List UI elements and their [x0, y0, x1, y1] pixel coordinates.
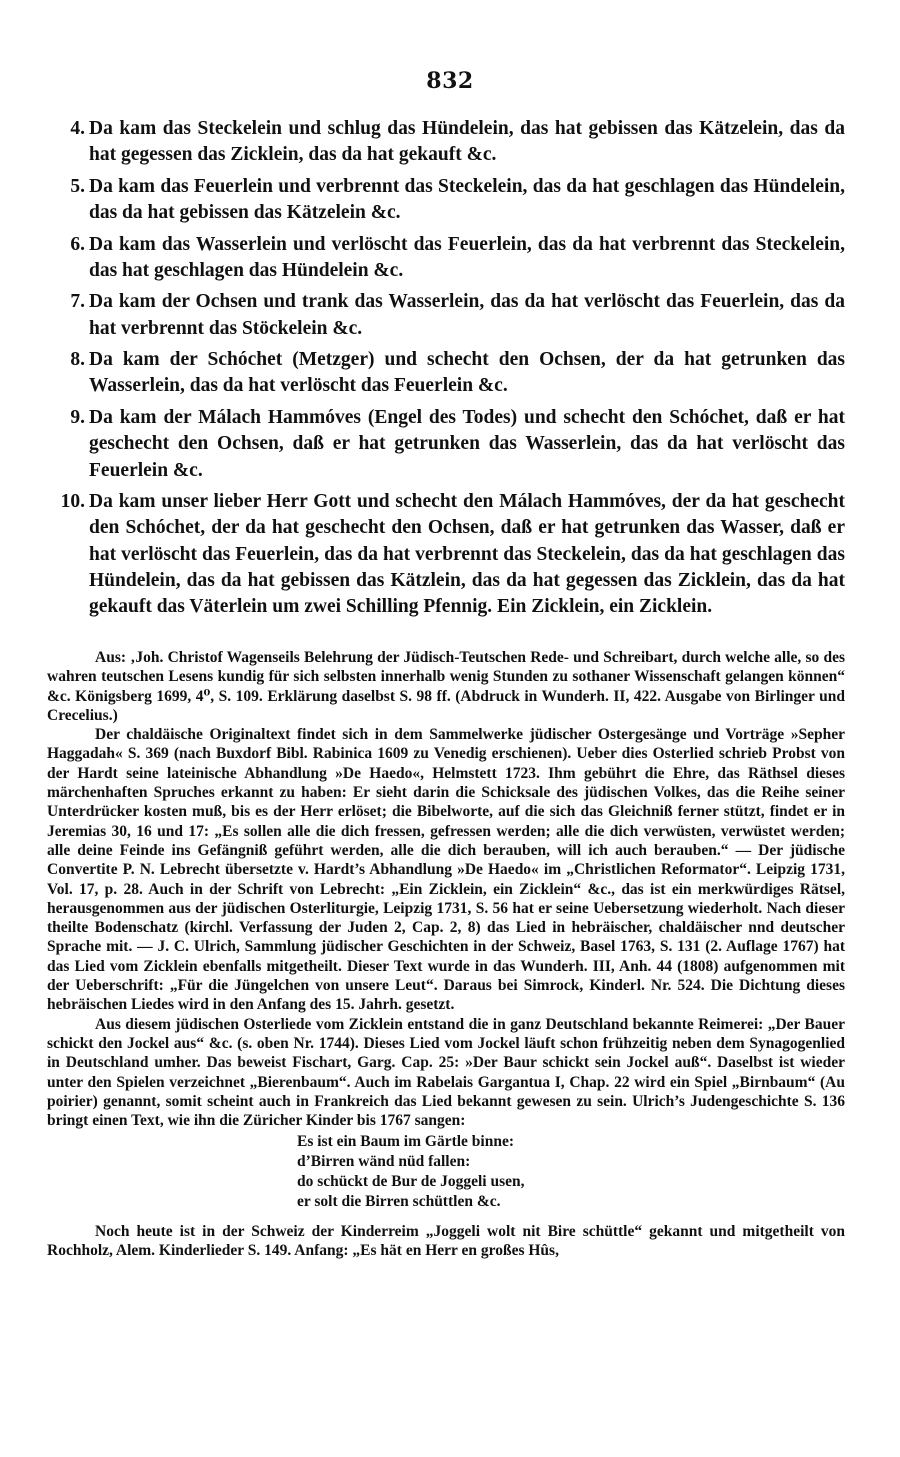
song-verses: 4. Da kam das Steckelein und schlug das …	[55, 116, 845, 626]
song-verse-8: 8. Da kam der Schóchet (Metzger) und sch…	[55, 347, 845, 400]
verse-text: Da kam das Feuerlein und verbrennt das S…	[89, 174, 845, 227]
verse-text: Da kam der Málach Hammóves (Engel des To…	[89, 405, 845, 484]
verse-line: Es ist ein Baum im Gärtle binne:	[297, 1132, 845, 1152]
commentary-notes: Aus: ‚Joh. Christof Wagenseils Belehrung…	[47, 648, 845, 1260]
verse-number: 8.	[55, 347, 89, 400]
verse-text: Da kam das Steckelein und schlug das Hün…	[89, 116, 845, 169]
quoted-verse: Es ist ein Baum im Gärtle binne: d’Birre…	[297, 1132, 845, 1211]
verse-line: d’Birren wänd nüd fallen:	[297, 1152, 845, 1172]
song-verse-9: 9. Da kam der Málach Hammóves (Engel des…	[55, 405, 845, 484]
verse-number: 10.	[49, 489, 89, 620]
verse-line: do schückt de Bur de Joggeli usen,	[297, 1172, 845, 1192]
song-verse-4: 4. Da kam das Steckelein und schlug das …	[55, 116, 845, 169]
verse-number: 5.	[55, 174, 89, 227]
verse-number: 4.	[55, 116, 89, 169]
song-verse-5: 5. Da kam das Feuerlein und verbrennt da…	[55, 174, 845, 227]
origin-paragraph: Der chaldäische Originaltext findet sich…	[47, 725, 845, 1014]
verse-number: 9.	[55, 405, 89, 484]
source-paragraph: Aus: ‚Joh. Christof Wagenseils Belehrung…	[47, 648, 845, 725]
verse-line: er solt die Birren schüttlen &c.	[297, 1192, 845, 1212]
verse-text: Da kam unser lieber Herr Gott und schech…	[89, 489, 845, 620]
verse-number: 7.	[55, 289, 89, 342]
song-verse-6: 6. Da kam das Wasserlein und verlöscht d…	[55, 232, 845, 285]
verse-number: 6.	[55, 232, 89, 285]
derivation-paragraph: Aus diesem jüdischen Osterliede vom Zick…	[47, 1015, 845, 1131]
verse-text: Da kam das Wasserlein und verlöscht das …	[89, 232, 845, 285]
page-number: 832	[0, 68, 900, 94]
song-verse-10: 10. Da kam unser lieber Herr Gott und sc…	[55, 489, 845, 620]
verse-text: Da kam der Ochsen und trank das Wasserle…	[89, 289, 845, 342]
final-paragraph: Noch heute ist in der Schweiz der Kinder…	[47, 1222, 845, 1261]
verse-text: Da kam der Schóchet (Metzger) und schech…	[89, 347, 845, 400]
song-verse-7: 7. Da kam der Ochsen und trank das Wasse…	[55, 289, 845, 342]
